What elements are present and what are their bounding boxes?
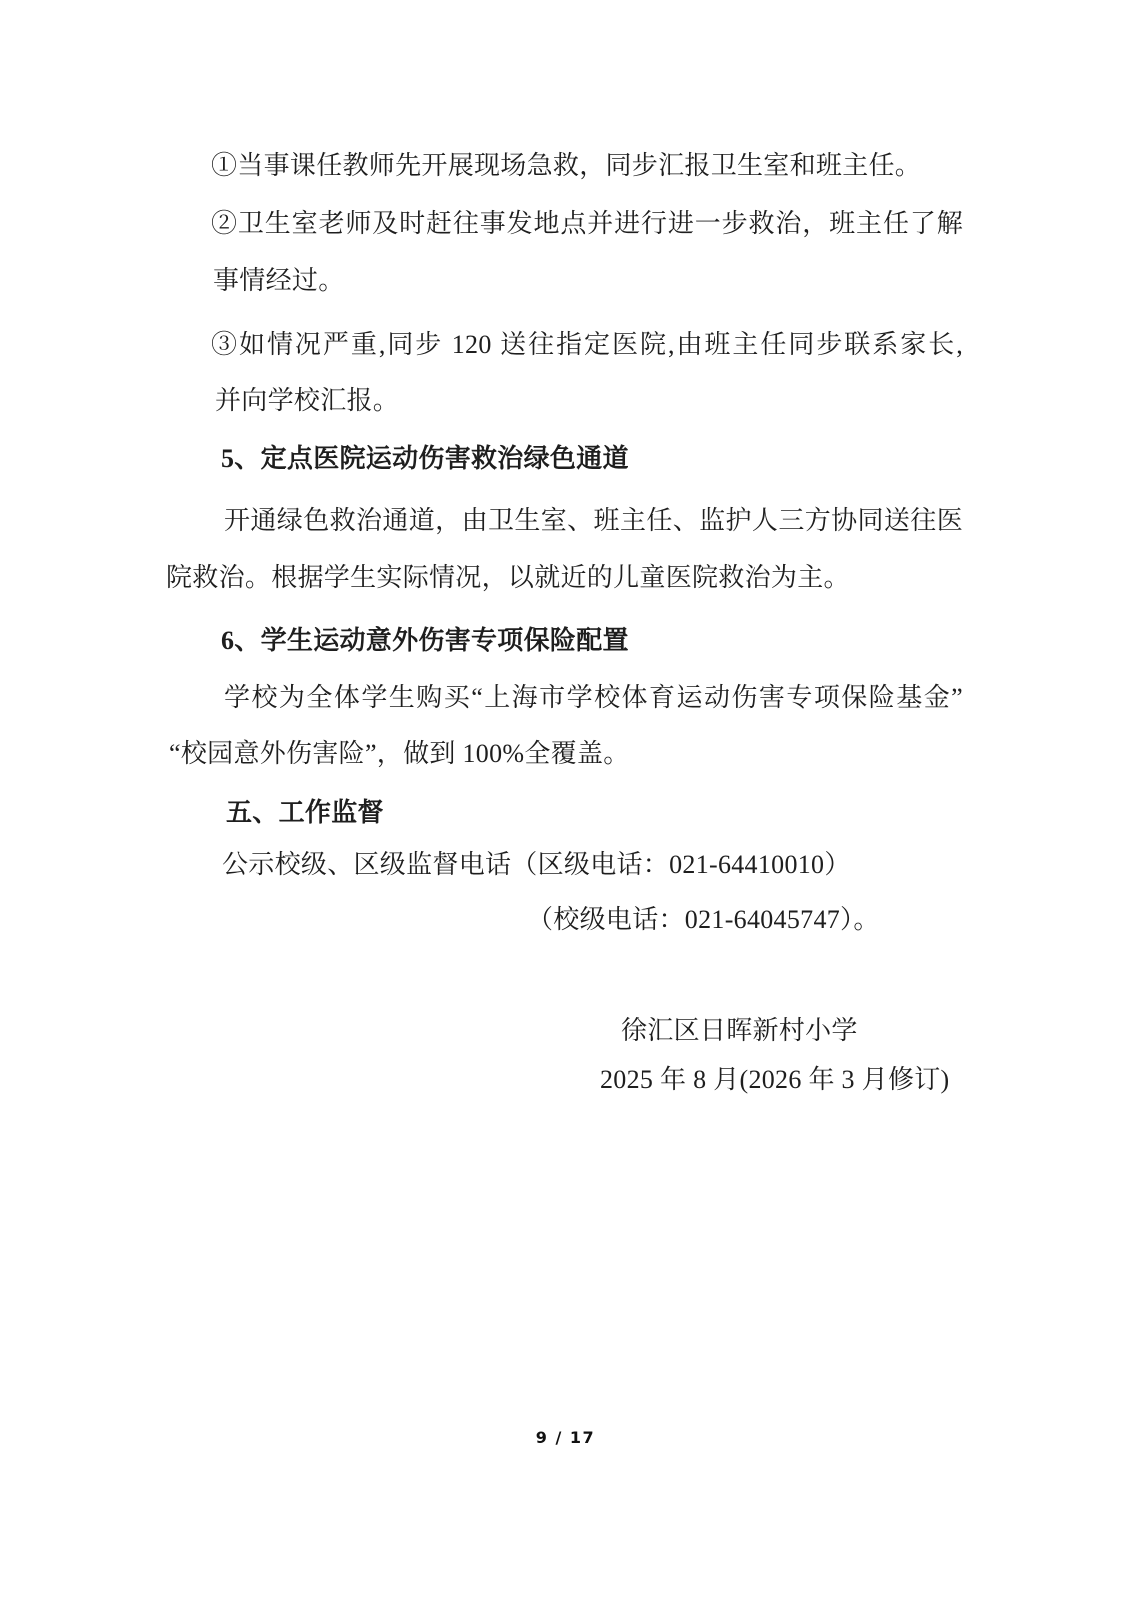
section-heading-5: 5、定点医院运动伤害救治绿色通道 (221, 443, 629, 474)
document-page: ①当事课任教师先开展现场急救，同步汇报卫生室和班主任。 ②卫生室老师及时赶往事发… (0, 0, 1131, 1600)
doc-line-para-5-2: 院救治。根据学生实际情况，以就近的儿童医院救治为主。 (166, 562, 850, 593)
doc-line-item-2-1: ②卫生室老师及时赶往事发地点并进行进一步救治，班主任了解 (211, 208, 963, 239)
section-heading-part-5: 五、工作监督 (226, 797, 384, 828)
doc-line-supervision-2: （校级电话：021-64045747）。 (527, 904, 880, 935)
signature-school: 徐汇区日晖新村小学 (621, 1015, 858, 1046)
doc-line-supervision-1: 公示校级、区级监督电话（区级电话：021-64410010） (222, 849, 851, 880)
page-number: 9 / 17 (0, 1428, 1131, 1447)
doc-line-item-2-2: 事情经过。 (213, 265, 345, 296)
section-heading-6: 6、学生运动意外伤害专项保险配置 (221, 625, 629, 656)
doc-line-item-1: ①当事课任教师先开展现场急救，同步汇报卫生室和班主任。 (211, 150, 921, 181)
doc-line-item-3-1: ③如情况严重,同步 120 送往指定医院,由班主任同步联系家长, (211, 329, 963, 360)
doc-line-para-6-1: 学校为全体学生购买“上海市学校体育运动伤害专项保险基金” (224, 682, 963, 713)
doc-line-item-3-2: 并向学校汇报。 (215, 385, 399, 416)
signature-date: 2025 年 8 月(2026 年 3 月修订) (600, 1064, 950, 1095)
doc-line-para-6-2: “校园意外伤害险”，做到 100%全覆盖。 (169, 738, 630, 769)
doc-line-para-5-1: 开通绿色救治通道，由卫生室、班主任、监护人三方协同送往医 (224, 505, 963, 536)
